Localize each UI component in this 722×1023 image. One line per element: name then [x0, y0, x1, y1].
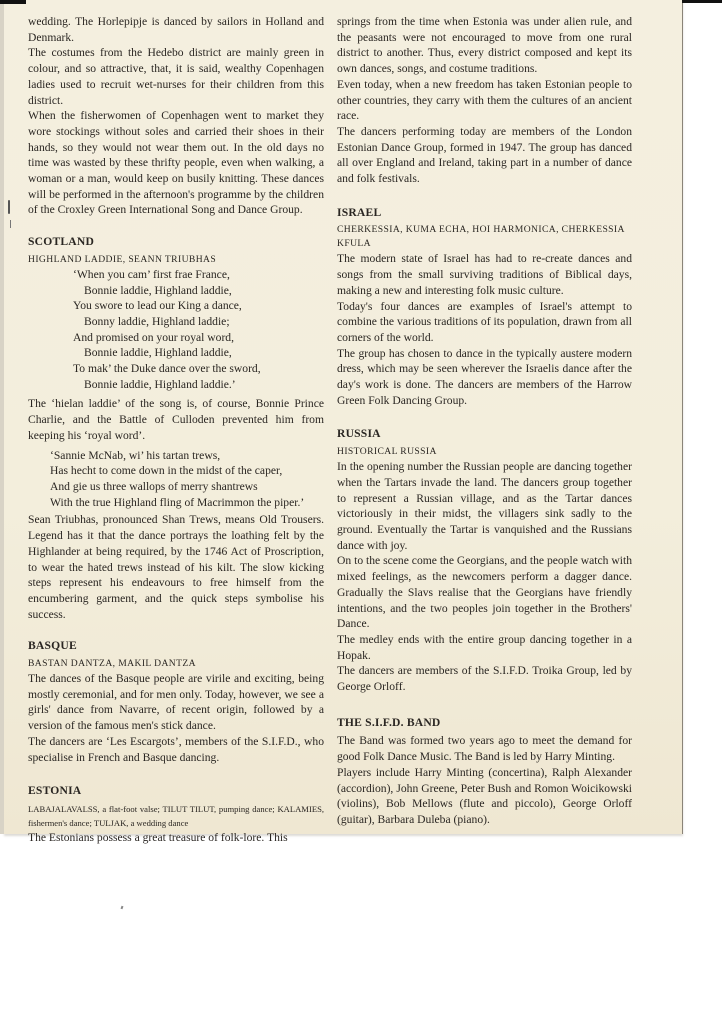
scan-edge-mark	[682, 0, 722, 3]
scan-edge-mark	[0, 0, 26, 4]
dance-list: CHERKESSIA, KUMA ECHA, HOI HARMONICA, CH…	[337, 223, 632, 251]
section-heading: ESTONIA	[28, 783, 324, 799]
verse: ‘When you cam’ first frae France, Bonnie…	[28, 267, 324, 393]
margin-mark	[8, 200, 10, 214]
page-edge	[0, 0, 4, 834]
verse-line: Bonny laddie, Highland laddie;	[28, 314, 324, 330]
denmark-continuation: wedding. The Horlepipje is danced by sai…	[28, 14, 324, 218]
paragraph: The costumes from the Hedebo district ar…	[28, 45, 324, 108]
paragraph: The dances of the Basque people are viri…	[28, 671, 324, 734]
estonia-continuation: springs from the time when Estonia was u…	[337, 14, 632, 187]
paragraph: The Band was formed two years ago to mee…	[337, 733, 632, 764]
verse-line: Bonnie laddie, Highland laddie.’	[28, 377, 324, 393]
verse-line: With the true Highland fling of Macrimmo…	[50, 495, 324, 511]
paragraph: Players include Harry Minting (concertin…	[337, 765, 632, 828]
verse-line: Bonnie laddie, Highland laddie,	[28, 345, 324, 361]
verse: ‘Sannie McNab, wi’ his tartan trews, Has…	[28, 448, 324, 511]
paragraph: springs from the time when Estonia was u…	[337, 14, 632, 77]
paragraph: The medley ends with the entire group da…	[337, 632, 632, 663]
verse-line: And gie us three wallops of merry shantr…	[50, 479, 324, 495]
section-basque: BASQUE BASTAN DANTZA, MAKIL DANTZA The d…	[28, 638, 324, 765]
section-russia: RUSSIA HISTORICAL RUSSIA In the opening …	[337, 426, 632, 694]
section-heading: THE S.I.F.D. BAND	[337, 715, 632, 731]
left-column: wedding. The Horlepipje is danced by sai…	[28, 14, 324, 846]
right-column: springs from the time when Estonia was u…	[337, 14, 632, 828]
paragraph: On to the scene come the Georgians, and …	[337, 553, 632, 632]
verse-line: To mak’ the Duke dance over the sword,	[28, 361, 324, 377]
dust-speck	[121, 906, 124, 910]
section-israel: ISRAEL CHERKESSIA, KUMA ECHA, HOI HARMON…	[337, 205, 632, 409]
dance-list: HISTORICAL RUSSIA	[337, 445, 632, 459]
section-heading: RUSSIA	[337, 426, 632, 442]
verse-line: ‘Sannie McNab, wi’ his tartan trews,	[50, 448, 324, 464]
paragraph: The modern state of Israel has had to re…	[337, 251, 632, 298]
paragraph: The group has chosen to dance in the typ…	[337, 346, 632, 409]
verse-line: ‘When you cam’ first frae France,	[28, 267, 324, 283]
dance-list: BASTAN DANTZA, MAKIL DANTZA	[28, 657, 324, 671]
section-heading: ISRAEL	[337, 205, 632, 221]
verse-line: Bonnie laddie, Highland laddie,	[28, 283, 324, 299]
paragraph: wedding. The Horlepipje is danced by sai…	[28, 14, 324, 45]
section-heading: BASQUE	[28, 638, 324, 654]
verse-line: Has hecht to come down in the midst of t…	[50, 463, 324, 479]
verse-line: And promised on your royal word,	[28, 330, 324, 346]
section-estonia: ESTONIA LABAJALAVALSS, a flat-foot valse…	[28, 783, 324, 845]
paragraph: The dancers performing today are members…	[337, 124, 632, 187]
paragraph: When the fisherwomen of Copenhagen went …	[28, 108, 324, 218]
paragraph: Even today, when a new freedom has taken…	[337, 77, 632, 124]
paragraph: In the opening number the Russian people…	[337, 459, 632, 553]
paragraph: Sean Triubhas, pronounced Shan Trews, me…	[28, 512, 324, 622]
dance-list: LABAJALAVALSS, a flat-foot valse; TILUT …	[28, 802, 324, 830]
verse-line: You swore to lead our King a dance,	[28, 298, 324, 314]
dance-list: HIGHLAND LADDIE, SEANN TRIUBHAS	[28, 253, 324, 267]
section-scotland: SCOTLAND HIGHLAND LADDIE, SEANN TRIUBHAS…	[28, 234, 324, 622]
section-heading: SCOTLAND	[28, 234, 324, 250]
margin-mark	[10, 220, 11, 228]
section-sifd-band: THE S.I.F.D. BAND The Band was formed tw…	[337, 715, 632, 828]
paragraph: The dancers are ‘Les Escargots’, members…	[28, 734, 324, 765]
paragraph: The Estonians possess a great treasure o…	[28, 830, 324, 846]
paragraph: The ‘hielan laddie’ of the song is, of c…	[28, 396, 324, 443]
paragraph: The dancers are members of the S.I.F.D. …	[337, 663, 632, 694]
paragraph: Today's four dances are examples of Isra…	[337, 299, 632, 346]
